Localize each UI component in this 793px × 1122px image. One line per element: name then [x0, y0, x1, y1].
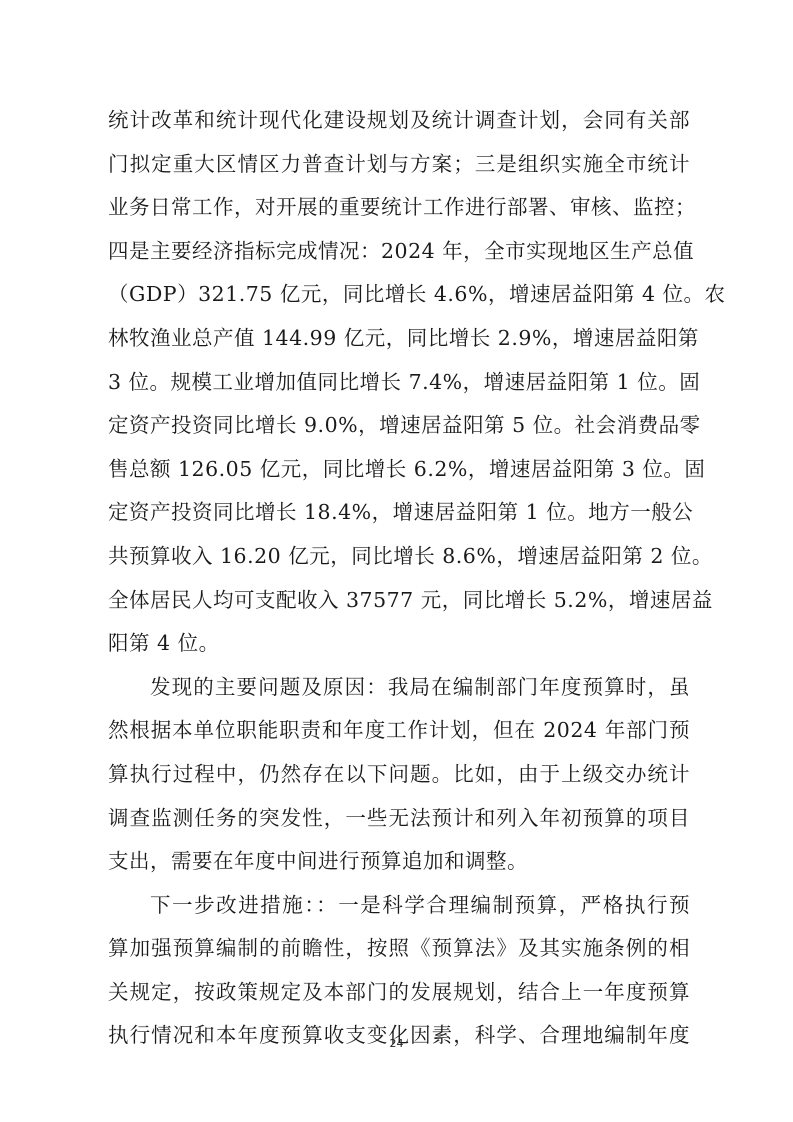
body-text: 统计改革和统计现代化建设规划及统计调查计划，会同有关部 门拟定重大区情区力普查计…: [108, 99, 690, 1058]
text-line: 发现的主要问题及原因：我局在编制部门年度预算时，虽: [108, 666, 690, 710]
paragraph-problems: 发现的主要问题及原因：我局在编制部门年度预算时，虽 然根据本单位职能职责和年度工…: [108, 666, 690, 884]
paragraph-continuation: 统计改革和统计现代化建设规划及统计调查计划，会同有关部 门拟定重大区情区力普查计…: [108, 99, 690, 666]
text-line: 下一步改进措施：：一是科学合理编制预算，严格执行预: [108, 884, 690, 928]
text-line: 定资产投资同比增长 9.0%，增速居益阳第 5 位。社会消费品零: [108, 404, 690, 448]
text-line: 关规定，按政策规定及本部门的发展规划，结合上一年度预算: [108, 971, 690, 1015]
paragraph-improvements: 下一步改进措施：：一是科学合理编制预算，严格执行预 算加强预算编制的前瞻性，按照…: [108, 884, 690, 1058]
text-line: 业务日常工作，对开展的重要统计工作进行部署、审核、监控；: [108, 186, 690, 230]
document-page: 统计改革和统计现代化建设规划及统计调查计划，会同有关部 门拟定重大区情区力普查计…: [0, 0, 793, 1122]
text-line: 售总额 126.05 亿元，同比增长 6.2%，增速居益阳第 3 位。固: [108, 448, 690, 492]
text-line: 定资产投资同比增长 18.4%，增速居益阳第 1 位。地方一般公: [108, 491, 690, 535]
text-line: （GDP）321.75 亿元，同比增长 4.6%，增速居益阳第 4 位。农: [108, 273, 690, 317]
text-line: 共预算收入 16.20 亿元，同比增长 8.6%，增速居益阳第 2 位。: [108, 535, 690, 579]
page-number: 24: [0, 1037, 793, 1050]
text-line: 统计改革和统计现代化建设规划及统计调查计划，会同有关部: [108, 99, 690, 143]
text-line: 算执行过程中，仍然存在以下问题。比如，由于上级交办统计: [108, 753, 690, 797]
text-line: 然根据本单位职能职责和年度工作计划，但在 2024 年部门预: [108, 709, 690, 753]
text-line: 四是主要经济指标完成情况：2024 年，全市实现地区生产总值: [108, 230, 690, 274]
text-line: 林牧渔业总产值 144.99 亿元，同比增长 2.9%，增速居益阳第: [108, 317, 690, 361]
text-line: 调查监测任务的突发性，一些无法预计和列入年初预算的项目: [108, 797, 690, 841]
text-line: 阳第 4 位。: [108, 622, 690, 666]
text-line: 支出，需要在年度中间进行预算追加和调整。: [108, 840, 690, 884]
text-line: 算加强预算编制的前瞻性，按照《预算法》及其实施条例的相: [108, 927, 690, 971]
text-line: 门拟定重大区情区力普查计划与方案；三是组织实施全市统计: [108, 143, 690, 187]
text-line: 3 位。规模工业增加值同比增长 7.4%，增速居益阳第 1 位。固: [108, 361, 690, 405]
text-line: 全体居民人均可支配收入 37577 元，同比增长 5.2%，增速居益: [108, 579, 690, 623]
